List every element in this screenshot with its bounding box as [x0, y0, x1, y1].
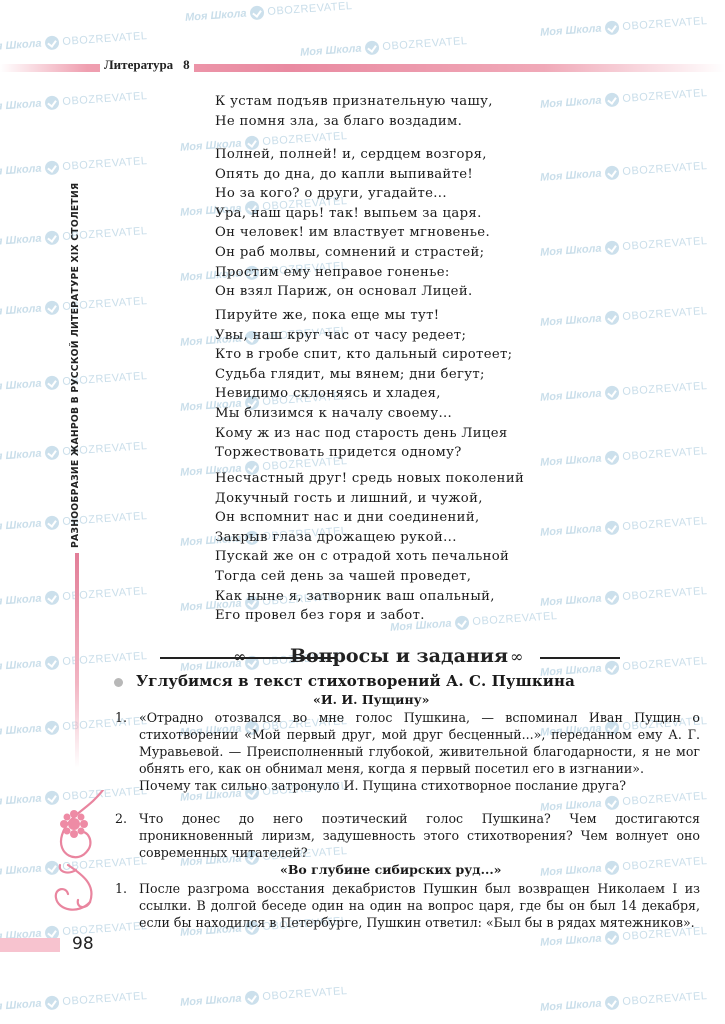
watermark: Моя ШколаOBOZREVATEL: [540, 14, 708, 40]
question-followup: Почему так сильно затронуло И. Пущина ст…: [139, 777, 700, 794]
poem-line: Но за кого? о други, угадайте...: [215, 184, 490, 204]
poem-line: Как ныне я, затворник ваш опальный,: [215, 587, 524, 607]
watermark: Моя ШколаOBOZREVATEL: [300, 34, 468, 60]
watermark: Моя ШколаOBOZREVATEL: [540, 86, 708, 112]
poem-line: Тогда сей день за чашей проведет,: [215, 567, 524, 587]
watermark: Моя ШколаOBOZREVATEL: [180, 984, 348, 1010]
poem-line: Пускай же он с отрадой хоть печальной: [215, 547, 524, 567]
poem-line: Кому ж из нас под старость день Лицея: [215, 424, 512, 444]
question-number: 1.: [115, 709, 127, 726]
subject-label: Литература: [104, 57, 173, 72]
questions-heading: ∞ Вопросы и задания ∞: [100, 645, 620, 669]
poem-line: Докучный гость и лишний, и чужой,: [215, 489, 524, 509]
watermark: Моя ШколаOBOZREVATEL: [540, 159, 708, 185]
grade-label: 8: [183, 57, 190, 72]
watermark: Моя ШколаOBOZREVATEL: [540, 514, 708, 540]
flourish-right-icon: ∞: [510, 647, 523, 666]
questions-subheading: Углубимся в текст стихотворений А. С. Пу…: [136, 672, 575, 690]
question-item: 1. «Отрадно отозвался во мне голос Пушки…: [115, 709, 700, 794]
watermark: Моя ШколаOBOZREVATEL: [540, 989, 708, 1015]
poem-line: К устам подъяв признательную чашу,: [215, 92, 493, 112]
poem-line: Мы близимся к началу своему...: [215, 404, 512, 424]
watermark: Моя ШколаOBOZREVATEL: [540, 444, 708, 470]
chapter-side-title: РАЗНООБРАЗИЕ ЖАНРОВ В РУССКОЙ ЛИТЕРАТУРЕ…: [70, 183, 81, 548]
poem-line: Ура, наш царь! так! выпьем за царя.: [215, 204, 490, 224]
poem-line: Судьба глядит, мы вянем; дни бегут;: [215, 365, 512, 385]
poem-line: Он раб молвы, сомнений и страстей;: [215, 243, 490, 263]
watermark: Моя ШколаOBOZREVATEL: [0, 989, 148, 1015]
watermark: Моя ШколаOBOZREVATEL: [540, 379, 708, 405]
poem-stanza: К устам подъяв признательную чашу,Не пом…: [215, 92, 493, 131]
poem-section-title: «И. И. Пущину»: [313, 692, 429, 707]
poem-line: Закрыв глаза дрожащею рукой...: [215, 528, 524, 548]
question-item: 2. Что донес до него поэтический голос П…: [115, 810, 700, 861]
watermark: Моя ШколаOBOZREVATEL: [540, 234, 708, 260]
poem-line: Он человек! им властвует мгновенье.: [215, 223, 490, 243]
watermark: Моя ШколаOBOZREVATEL: [540, 584, 708, 610]
question-text: После разгрома восстания декабристов Пуш…: [139, 880, 700, 931]
bullet-icon: [114, 678, 123, 687]
question-number: 1.: [115, 880, 127, 897]
flourish-left-icon: ∞: [233, 647, 246, 666]
watermark: Моя ШколаOBOZREVATEL: [0, 29, 148, 55]
poem-line: Несчастный друг! средь новых поколений: [215, 469, 524, 489]
poem-stanza: Полней, полней! и, сердцем возгоря,Опять…: [215, 145, 490, 302]
floral-ornament-icon: [48, 790, 108, 915]
poem-stanza: Несчастный друг! средь новых поколенийДо…: [215, 469, 524, 626]
poem-line: Невидимо склоняясь и хладея,: [215, 384, 512, 404]
watermark: Моя ШколаOBOZREVATEL: [0, 584, 148, 610]
running-header: Литература8: [100, 57, 194, 73]
question-text: Что донес до него поэтический голос Пушк…: [139, 810, 700, 861]
page-number-bar: [0, 938, 60, 952]
poem-line: Пируйте же, пока еще мы тут!: [215, 306, 512, 326]
side-decorative-line: [75, 553, 79, 768]
poem-line: Не помня зла, за благо воздадим.: [215, 112, 493, 132]
poem-line: Торжествовать придется одному?: [215, 443, 512, 463]
question-item: 1. После разгрома восстания декабристов …: [115, 880, 700, 931]
poem-line: Он взял Париж, он основал Лицей.: [215, 282, 490, 302]
poem-line: Опять до дна, до капли выпивайте!: [215, 165, 490, 185]
watermark: Моя ШколаOBOZREVATEL: [0, 89, 148, 115]
page-number: 98: [72, 934, 94, 954]
watermark: Моя ШколаOBOZREVATEL: [185, 0, 353, 25]
question-text: «Отрадно отозвался во мне голос Пушкина,…: [139, 709, 700, 777]
poem-line: Кто в гробе спит, кто дальный сиротеет;: [215, 345, 512, 365]
poem-line: Простим ему неправое гоненье:: [215, 263, 490, 283]
watermark: Моя ШколаOBOZREVATEL: [0, 154, 148, 180]
poem-line: Полней, полней! и, сердцем возгоря,: [215, 145, 490, 165]
poem-line: Его провел без горя и забот.: [215, 606, 524, 626]
question-number: 2.: [115, 810, 127, 827]
poem-line: Увы, наш круг час от часу редеет;: [215, 326, 512, 346]
poem-line: Он вспомнит нас и дни соединений,: [215, 508, 524, 528]
heading-rule-right: [540, 657, 620, 659]
poem-stanza: Пируйте же, пока еще мы тут!Увы, наш кру…: [215, 306, 512, 463]
poem-section-title: «Во глубине сибирских руд...»: [280, 862, 502, 877]
watermark: Моя ШколаOBOZREVATEL: [540, 304, 708, 330]
questions-title: Вопросы и задания: [290, 645, 508, 667]
